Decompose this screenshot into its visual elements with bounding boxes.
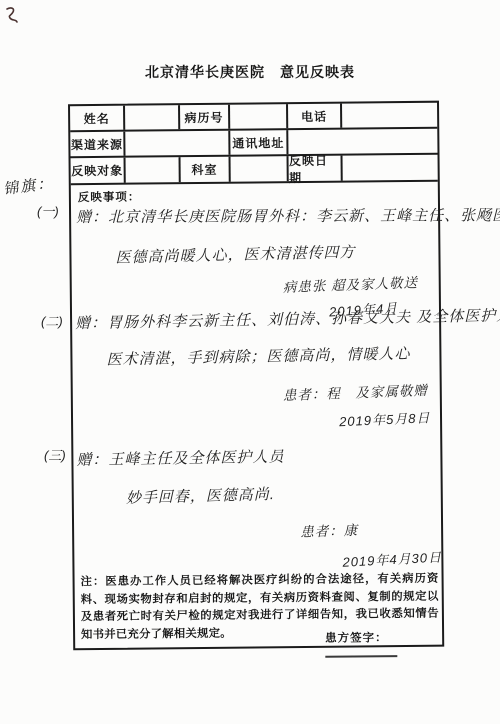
matters-label: 反映事项： [78, 189, 141, 206]
entry3-date: 2019年4月30日 [342, 547, 442, 571]
subject-label: 反映对象 [71, 158, 126, 184]
entry2-date: 2019年5月8日 [339, 407, 431, 430]
feedback-date-label: 反映日期 [289, 156, 342, 182]
margin-category-note: 锦旗： [2, 172, 55, 199]
form-row-2: 渠道来源 通讯地址 [70, 129, 437, 159]
feedback-form-table: 姓名 病历号 电话 渠道来源 通讯地址 反映对象 科室 反映日期 反映事项： 赠… [68, 101, 444, 651]
department-label: 科室 [181, 157, 231, 182]
entry2-signature: 患者：程 及家属敬赠 [282, 379, 428, 404]
margin-item1-number: (一) [37, 201, 59, 220]
patient-signature-label: 患方签字： [325, 632, 388, 645]
record-no-label: 病历号 [180, 105, 230, 129]
department-value-cell [230, 156, 289, 182]
form-row-3: 反映对象 科室 反映日期 [71, 155, 438, 186]
patient-signature-row: 患方签字： [325, 629, 442, 661]
margin-item2-number: (二) [41, 311, 63, 330]
address-label: 通讯地址 [230, 130, 289, 155]
signature-blank-line [325, 645, 397, 658]
record-no-value-cell [230, 104, 289, 129]
entry2-line2: 医术清湛，手到病除；医德高尚，情暖人心 [106, 342, 410, 369]
matters-section: 反映事项： 赠：北京清华长庚医院肠胃外科：李云新、王峰主任、张飏医生. 医德高尚… [71, 182, 442, 649]
form-row-1: 姓名 病历号 电话 [70, 103, 437, 133]
entry3-signature: 患者：康 [300, 519, 359, 541]
channel-label: 渠道来源 [70, 132, 125, 157]
feedback-date-value-cell [342, 155, 438, 181]
corner-scribble-mark [5, 6, 19, 24]
page-title: 北京清华长庚医院 意见反映表 [0, 62, 500, 82]
channel-value-cell [125, 131, 230, 156]
margin-item3-number: (三) [44, 445, 66, 464]
phone-label: 电话 [288, 104, 341, 129]
entry3-line2: 妙手回春，医德高尚. [126, 483, 276, 508]
subject-value-cell [126, 157, 181, 183]
entry3-line1: 赠：王峰主任及全体医护人员 [76, 445, 284, 469]
address-value-cell [289, 129, 438, 154]
phone-value-cell [342, 103, 438, 128]
entry2-line1: 赠：胃肠外科李云新主任、刘伯涛、孙春文大夫 及全体医护人员 [75, 304, 500, 333]
entry1-line2: 医德高尚暖人心，医术清湛传四方 [115, 241, 355, 268]
name-value-cell [125, 105, 180, 130]
entry1-signature: 病患张 超及家人敬送 [282, 271, 418, 296]
name-label: 姓名 [70, 106, 125, 131]
entry1-line1: 赠：北京清华长庚医院肠胃外科：李云新、王峰主任、张飏医生. [76, 204, 500, 227]
